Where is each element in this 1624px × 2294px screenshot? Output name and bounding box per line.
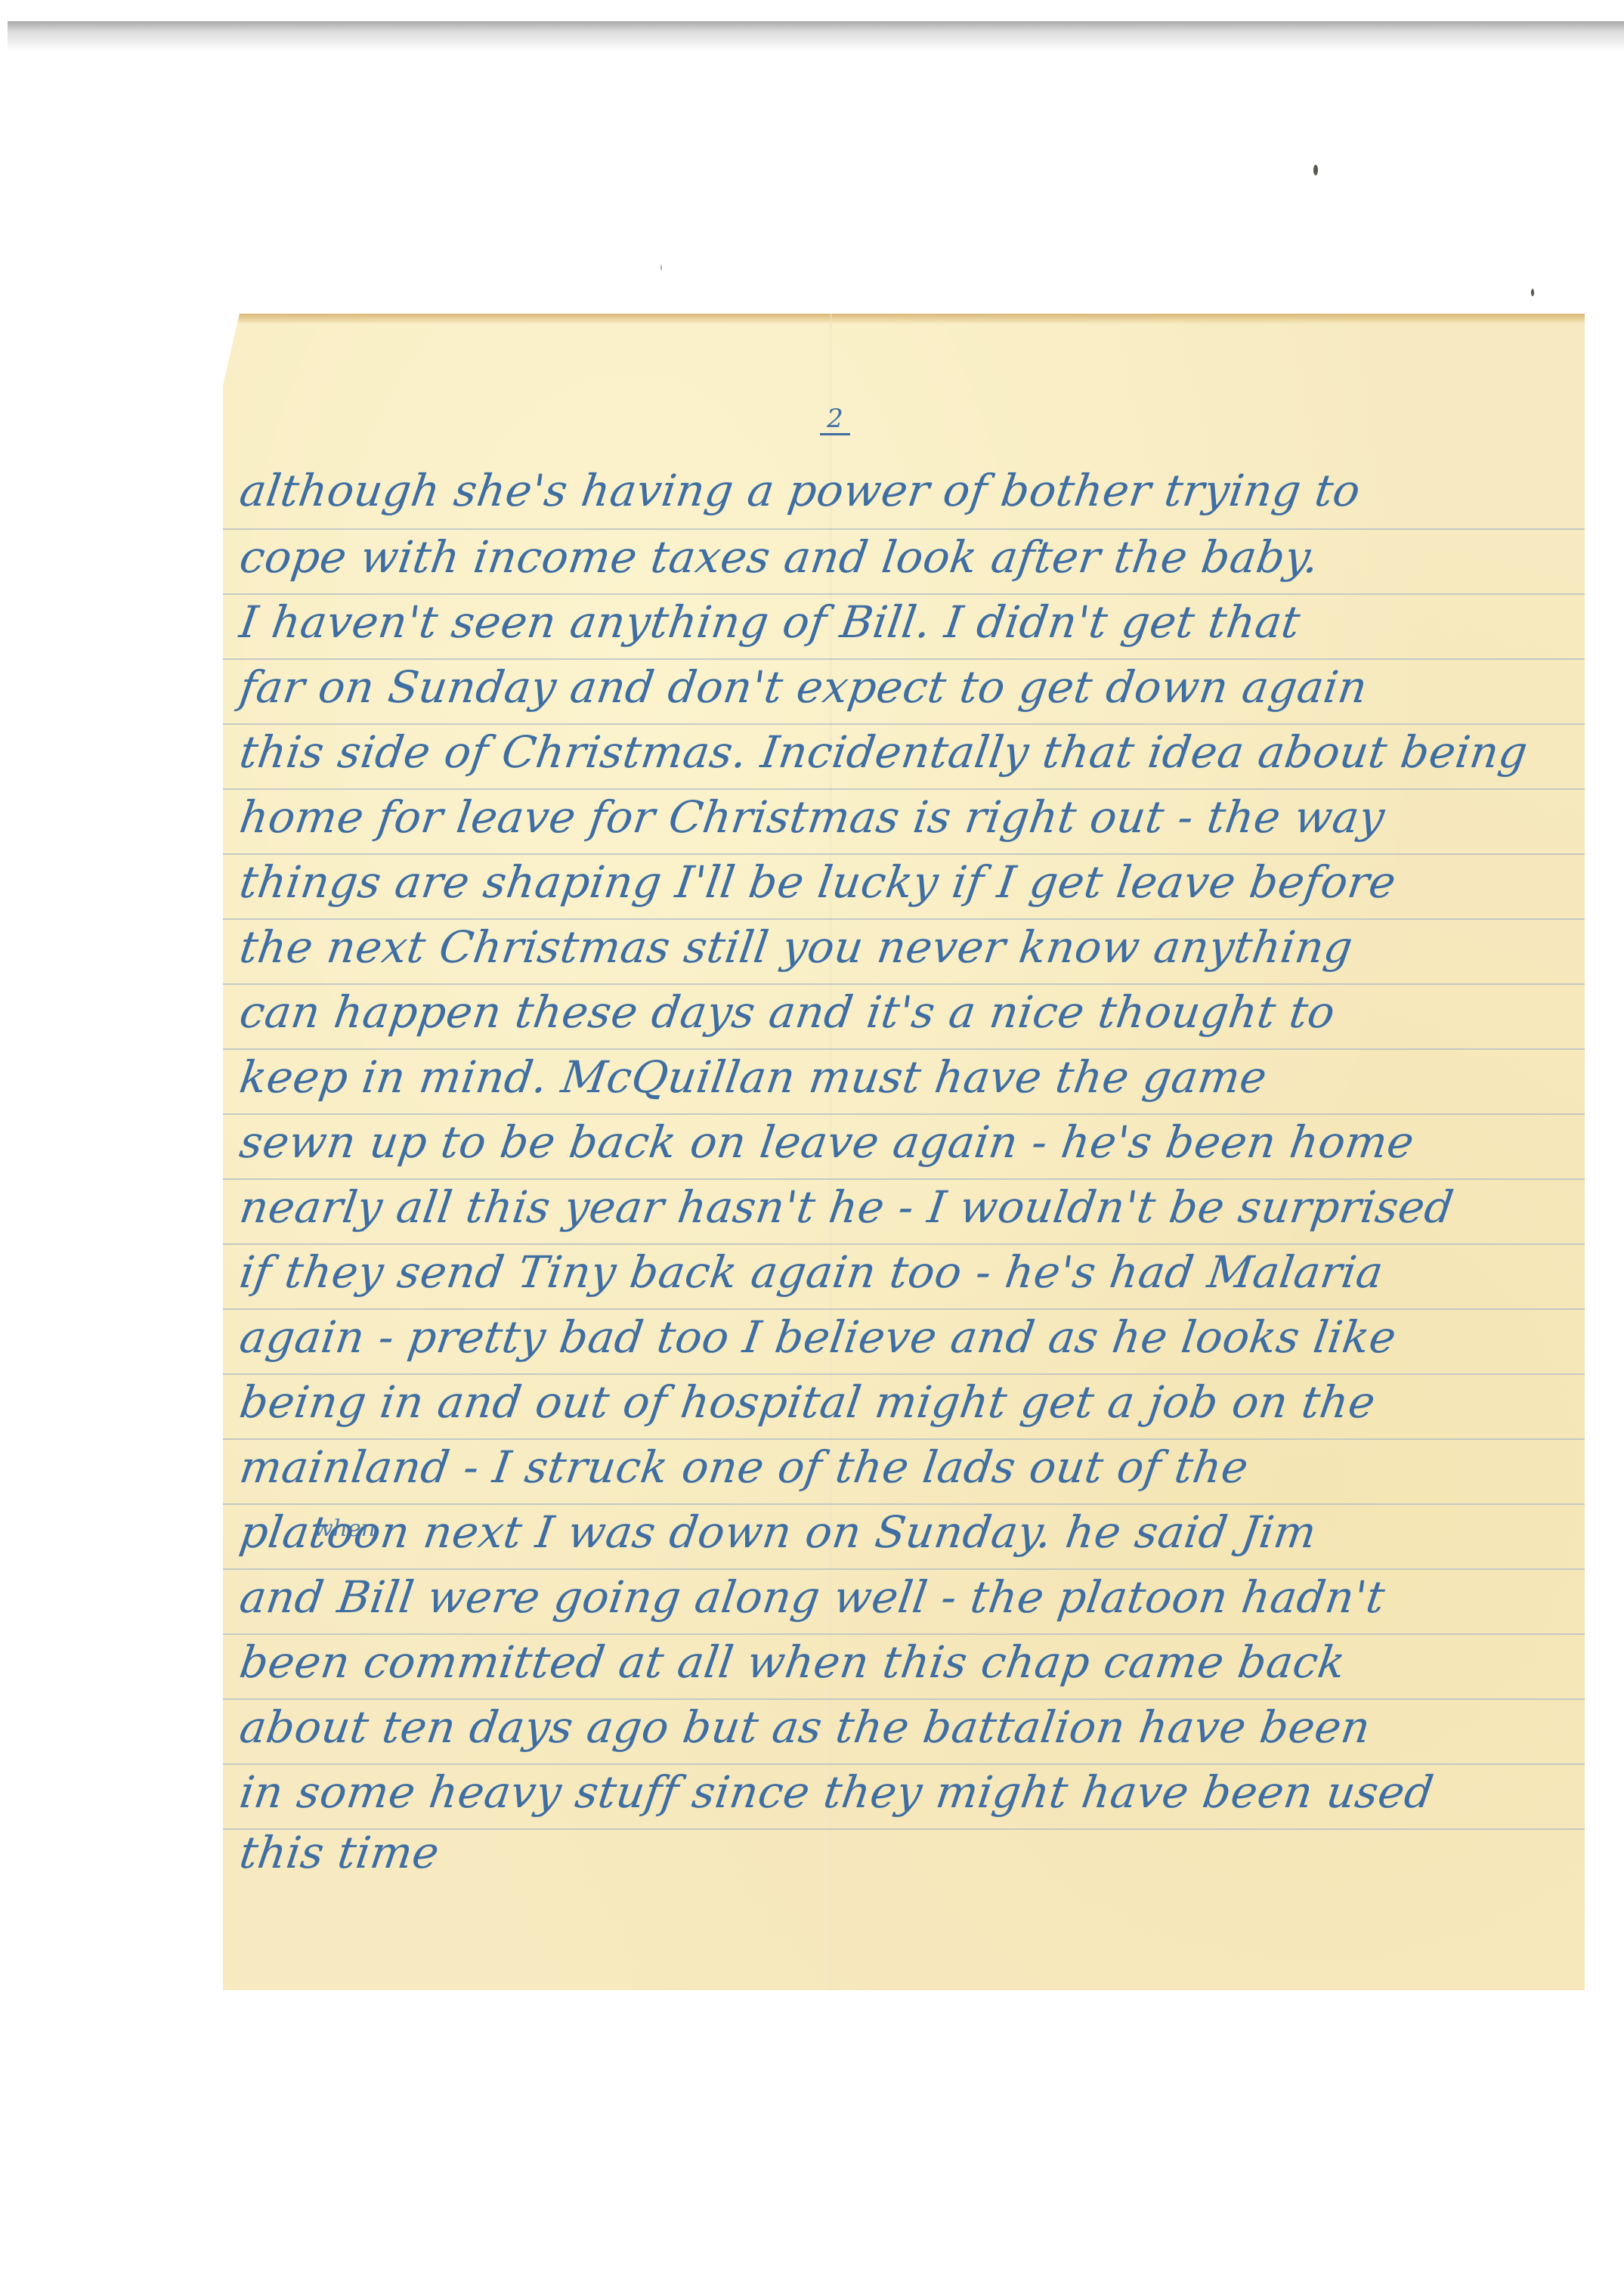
ruled-line <box>223 1763 1585 1765</box>
scanner-shadow <box>8 21 1624 51</box>
page-number: 2 <box>820 404 850 435</box>
handwritten-line: home for leave for Christmas is right ou… <box>237 791 1574 843</box>
dust-speck <box>660 265 662 271</box>
ruled-line <box>223 1503 1585 1505</box>
handwritten-line: things are shaping I'll be lucky if I ge… <box>237 856 1574 908</box>
ruled-line <box>223 788 1585 790</box>
handwritten-line: this side of Christmas. Incidentally tha… <box>237 726 1574 778</box>
ruled-line <box>223 1243 1585 1245</box>
dust-speck <box>1313 165 1318 175</box>
handwritten-line: I haven't seen anything of Bill. I didn'… <box>237 596 1574 648</box>
ruled-line <box>223 1048 1585 1050</box>
ruled-line <box>223 1438 1585 1440</box>
ruled-line <box>223 918 1585 920</box>
ruled-line <box>223 593 1585 595</box>
handwritten-line: the next Christmas still you never know … <box>237 921 1574 973</box>
handwritten-line: nearly all this year hasn't he - I would… <box>237 1181 1574 1233</box>
handwritten-line: been committed at all when this chap cam… <box>237 1636 1574 1688</box>
handwritten-line: can happen these days and it's a nice th… <box>237 986 1574 1038</box>
ruled-line <box>223 983 1585 985</box>
handwritten-line: far on Sunday and don't expect to get do… <box>237 661 1574 713</box>
handwritten-line: this time <box>237 1827 1574 1878</box>
ruled-line <box>223 1373 1585 1375</box>
ruled-line <box>223 1178 1585 1180</box>
handwritten-line: again - pretty bad too I believe and as … <box>237 1311 1574 1363</box>
handwritten-line: and Bill were going along well - the pla… <box>237 1571 1574 1623</box>
letter-page: 2 although she's having a power of bothe… <box>223 314 1585 1990</box>
ruled-line <box>223 1698 1585 1700</box>
ruled-line <box>223 528 1585 530</box>
handwritten-line: although she's having a power of bother … <box>237 465 1574 516</box>
handwritten-line: keep in mind. McQuillan must have the ga… <box>237 1051 1574 1103</box>
handwritten-line: if they send Tiny back again too - he's … <box>237 1246 1574 1298</box>
handwritten-line: cope with income taxes and look after th… <box>237 531 1574 583</box>
ruled-line <box>223 1308 1585 1310</box>
ruled-line <box>223 1633 1585 1635</box>
ruled-line <box>223 1568 1585 1570</box>
handwritten-line: in some heavy stuff since they might hav… <box>237 1766 1574 1818</box>
handwritten-line: sewn up to be back on leave again - he's… <box>237 1116 1574 1168</box>
ruled-line <box>223 853 1585 855</box>
handwritten-line: mainland - I struck one of the lads out … <box>237 1441 1574 1493</box>
handwritten-line: platoon next I was down on Sunday. he sa… <box>237 1506 1574 1558</box>
handwritten-line: being in and out of hospital might get a… <box>237 1376 1574 1428</box>
ruled-line <box>223 723 1585 725</box>
ruled-line <box>223 1113 1585 1115</box>
ruled-line <box>223 658 1585 660</box>
handwritten-line: about ten days ago but as the battalion … <box>237 1701 1574 1753</box>
dust-speck <box>1531 289 1534 296</box>
